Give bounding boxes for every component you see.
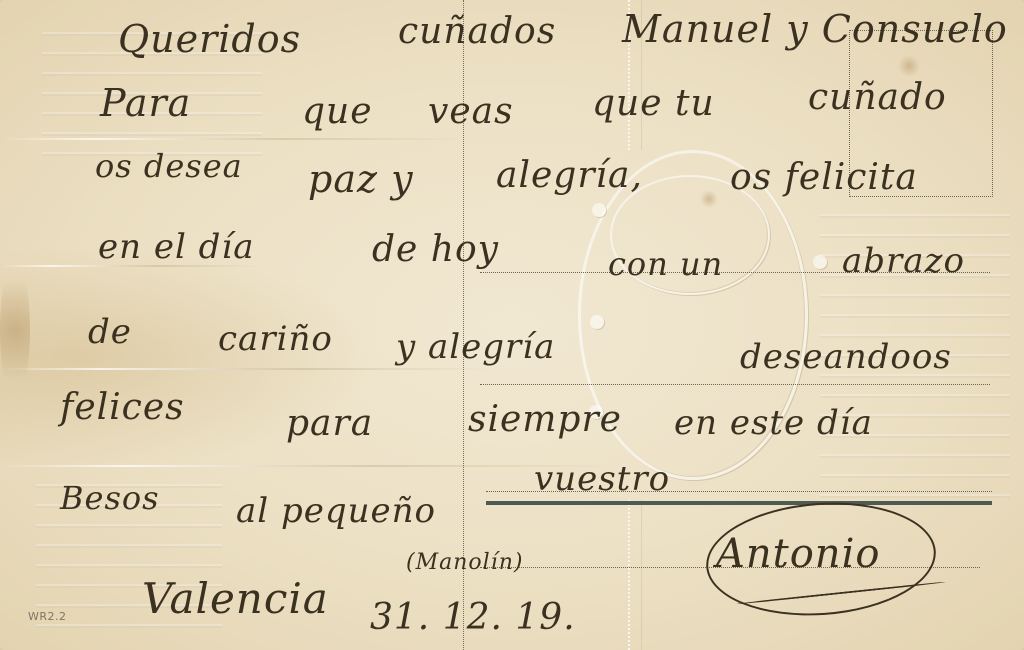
message-line2-cunado: cuñado [808, 80, 947, 116]
date: 31. 12. 19. [370, 600, 576, 636]
paper-crease [0, 368, 500, 370]
message-line2-que: que [302, 94, 373, 130]
message-recipients-word: cuñados [398, 14, 556, 50]
message-line2-que-tu: que tu [592, 86, 715, 122]
postscript-besos: Besos [60, 482, 160, 514]
paper-crease [0, 138, 470, 140]
paper-stain [0, 260, 30, 400]
message-line2-para: Para [100, 84, 191, 122]
paper-stain [700, 190, 718, 208]
message-line4-de-hoy: de hoy [372, 232, 499, 268]
message-line4-con-un: con un [608, 248, 723, 280]
message-line4-en-el-dia: en el día [98, 230, 255, 264]
message-line4-abrazo: abrazo [842, 244, 965, 278]
paper-crease [0, 465, 620, 467]
message-line6-felices: felices [60, 390, 185, 426]
message-line2-veas: veas [428, 94, 514, 130]
message-line5-deseandoos: deseandoos [740, 340, 952, 374]
message-line3-os-felicita: os felicita [730, 160, 918, 196]
archive-mark: WR2.2 [28, 610, 67, 623]
message-line5-y-alegria: y alegría [396, 330, 555, 364]
postscript-al-pequeno: al pequeño [236, 494, 436, 528]
message-line5-de: de [88, 315, 132, 349]
postscript-manolin: (Manolín) [406, 552, 523, 574]
place-valencia: Valencia [142, 578, 329, 620]
embossed-bead [813, 255, 827, 269]
message-line6-siempre: siempre [468, 402, 622, 438]
address-line-2 [480, 384, 990, 385]
message-line3-os-desea: os desea [95, 150, 243, 182]
message-line3-alegria: alegría, [496, 158, 643, 194]
embossed-bead [590, 315, 604, 329]
message-recipients-names: Manuel y Consuelo [622, 10, 1008, 48]
embossed-column [628, 500, 642, 650]
embossed-bead [592, 203, 606, 217]
message-line6-en-este-dia: en este día [674, 406, 873, 440]
message-greeting: Queridos [118, 20, 301, 58]
message-line6-para: para [286, 406, 373, 442]
postcard: Queridos cuñados Manuel y Consuelo Para … [0, 0, 1024, 650]
closing-vuestro: vuestro [534, 462, 670, 496]
message-line3-paz-y: paz y [308, 160, 414, 198]
message-line5-carino: cariño [218, 322, 333, 356]
signature-antonio: Antonio [716, 534, 880, 574]
address-rule [486, 501, 992, 505]
